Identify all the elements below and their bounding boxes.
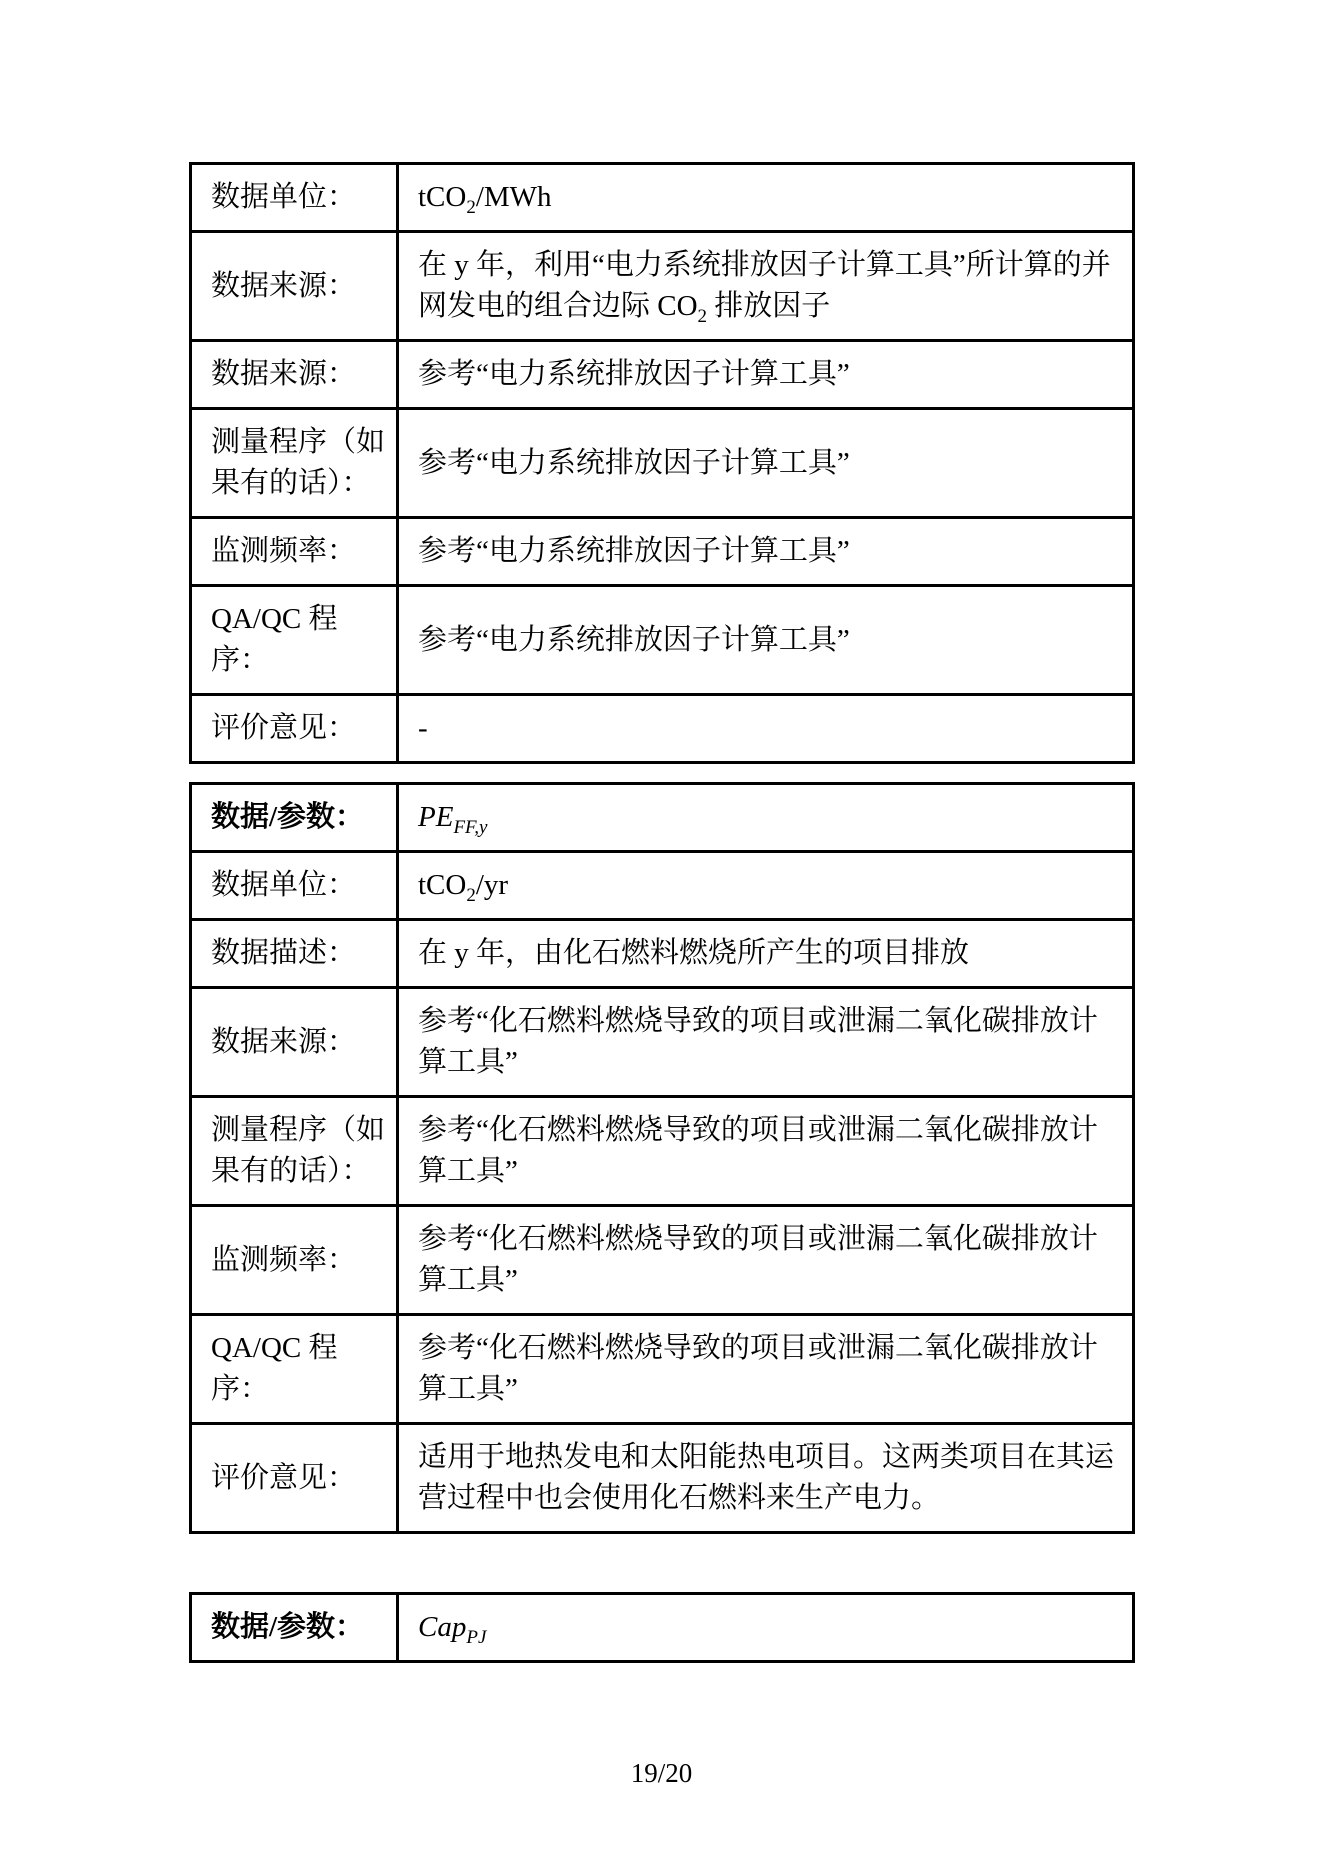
value-text: 参考“电力系统排放因子计算工具” xyxy=(418,358,850,390)
table-row: 数据单位：tCO2/yr xyxy=(191,852,1134,920)
value-text: 参考“电力系统排放因子计算工具” xyxy=(418,624,850,656)
row-label: 数据单位： xyxy=(191,852,398,920)
table-row: 监测频率：参考“电力系统排放因子计算工具” xyxy=(191,518,1134,586)
row-label: QA/QC 程序： xyxy=(191,586,398,695)
value-text: tCO xyxy=(418,869,466,901)
row-value: 参考“电力系统排放因子计算工具” xyxy=(398,518,1134,586)
table-body: 数据/参数：CapPJ xyxy=(191,1594,1134,1662)
row-label: 测量程序（如果有的话）： xyxy=(191,409,398,518)
table-body: 数据/参数：PEFF,y数据单位：tCO2/yr数据描述：在 y 年，由化石燃料… xyxy=(191,784,1134,1533)
page-number: 19/20 xyxy=(0,1756,1323,1790)
row-value: CapPJ xyxy=(398,1594,1134,1662)
table-row: 数据描述：在 y 年，由化石燃料燃烧所产生的项目排放 xyxy=(191,920,1134,988)
table-row: QA/QC 程序：参考“化石燃料燃烧导致的项目或泄漏二氧化碳排放计算工具” xyxy=(191,1315,1134,1424)
row-label: 数据来源： xyxy=(191,988,398,1097)
table-body: 数据单位：tCO2/MWh数据来源：在 y 年，利用“电力系统排放因子计算工具”… xyxy=(191,164,1134,763)
table-row: 数据来源：参考“化石燃料燃烧导致的项目或泄漏二氧化碳排放计算工具” xyxy=(191,988,1134,1097)
row-label: 监测频率： xyxy=(191,1206,398,1315)
row-value: 参考“化石燃料燃烧导致的项目或泄漏二氧化碳排放计算工具” xyxy=(398,1315,1134,1424)
value-text: tCO xyxy=(418,181,466,213)
value-text: 参考“化石燃料燃烧导致的项目或泄漏二氧化碳排放计算工具” xyxy=(418,1223,1098,1296)
row-value: 参考“化石燃料燃烧导致的项目或泄漏二氧化碳排放计算工具” xyxy=(398,1097,1134,1206)
row-value: 参考“化石燃料燃烧导致的项目或泄漏二氧化碳排放计算工具” xyxy=(398,1206,1134,1315)
row-value: 适用于地热发电和太阳能热电项目。这两类项目在其运营过程中也会使用化石燃料来生产电… xyxy=(398,1424,1134,1533)
document-page: 数据单位：tCO2/MWh数据来源：在 y 年，利用“电力系统排放因子计算工具”… xyxy=(0,0,1323,1871)
value-text: PE xyxy=(418,801,453,833)
table-row: 数据/参数：CapPJ xyxy=(191,1594,1134,1662)
value-text: 在 y 年，由化石燃料燃烧所产生的项目排放 xyxy=(418,937,969,969)
value-text: /MWh xyxy=(476,181,552,213)
value-text: 参考“电力系统排放因子计算工具” xyxy=(418,535,850,567)
value-text: 排放因子 xyxy=(707,290,830,322)
cap-pj-parameter-table: 数据/参数：CapPJ xyxy=(189,1592,1135,1663)
table-row: 数据来源：在 y 年，利用“电力系统排放因子计算工具”所计算的并网发电的组合边际… xyxy=(191,232,1134,341)
row-label: 数据描述： xyxy=(191,920,398,988)
value-text: 适用于地热发电和太阳能热电项目。这两类项目在其运营过程中也会使用化石燃料来生产电… xyxy=(418,1441,1114,1514)
row-value: tCO2/yr xyxy=(398,852,1134,920)
table-row: 评价意见：- xyxy=(191,695,1134,763)
row-value: 参考“电力系统排放因子计算工具” xyxy=(398,409,1134,518)
value-text: Cap xyxy=(418,1611,466,1643)
row-value: 在 y 年，利用“电力系统排放因子计算工具”所计算的并网发电的组合边际 CO2 … xyxy=(398,232,1134,341)
row-label: 评价意见： xyxy=(191,1424,398,1533)
row-label: 监测频率： xyxy=(191,518,398,586)
table-row: 测量程序（如果有的话）：参考“化石燃料燃烧导致的项目或泄漏二氧化碳排放计算工具” xyxy=(191,1097,1134,1206)
value-subscript: 2 xyxy=(466,885,476,906)
row-label: 数据/参数： xyxy=(191,1594,398,1662)
row-value: - xyxy=(398,695,1134,763)
table-row: 数据来源：参考“电力系统排放因子计算工具” xyxy=(191,341,1134,409)
value-subscript: FF,y xyxy=(453,817,487,838)
value-text: 参考“电力系统排放因子计算工具” xyxy=(418,447,850,479)
row-label: 测量程序（如果有的话）： xyxy=(191,1097,398,1206)
table-row: QA/QC 程序：参考“电力系统排放因子计算工具” xyxy=(191,586,1134,695)
value-text: /yr xyxy=(476,869,508,901)
table-row: 数据/参数：PEFF,y xyxy=(191,784,1134,852)
value-subscript: PJ xyxy=(466,1627,486,1648)
value-subscript: 2 xyxy=(466,197,476,218)
row-label: 数据单位： xyxy=(191,164,398,232)
row-value: 参考“化石燃料燃烧导致的项目或泄漏二氧化碳排放计算工具” xyxy=(398,988,1134,1097)
row-value: tCO2/MWh xyxy=(398,164,1134,232)
table-row: 测量程序（如果有的话）：参考“电力系统排放因子计算工具” xyxy=(191,409,1134,518)
value-text: 参考“化石燃料燃烧导致的项目或泄漏二氧化碳排放计算工具” xyxy=(418,1114,1098,1187)
row-value: PEFF,y xyxy=(398,784,1134,852)
table-row: 监测频率：参考“化石燃料燃烧导致的项目或泄漏二氧化碳排放计算工具” xyxy=(191,1206,1134,1315)
row-label: 数据来源： xyxy=(191,341,398,409)
value-text: 参考“化石燃料燃烧导致的项目或泄漏二氧化碳排放计算工具” xyxy=(418,1005,1098,1078)
row-value: 参考“电力系统排放因子计算工具” xyxy=(398,341,1134,409)
row-label: QA/QC 程序： xyxy=(191,1315,398,1424)
table-row: 数据单位：tCO2/MWh xyxy=(191,164,1134,232)
row-label: 数据来源： xyxy=(191,232,398,341)
row-label: 数据/参数： xyxy=(191,784,398,852)
value-subscript: 2 xyxy=(698,306,708,327)
pe-ff-y-parameter-table: 数据/参数：PEFF,y数据单位：tCO2/yr数据描述：在 y 年，由化石燃料… xyxy=(189,782,1135,1534)
table-row: 评价意见：适用于地热发电和太阳能热电项目。这两类项目在其运营过程中也会使用化石燃… xyxy=(191,1424,1134,1533)
grid-emission-factor-parameter-table: 数据单位：tCO2/MWh数据来源：在 y 年，利用“电力系统排放因子计算工具”… xyxy=(189,162,1135,764)
row-value: 在 y 年，由化石燃料燃烧所产生的项目排放 xyxy=(398,920,1134,988)
row-value: 参考“电力系统排放因子计算工具” xyxy=(398,586,1134,695)
value-text: 参考“化石燃料燃烧导致的项目或泄漏二氧化碳排放计算工具” xyxy=(418,1332,1098,1405)
row-label: 评价意见： xyxy=(191,695,398,763)
value-text: - xyxy=(418,712,428,744)
